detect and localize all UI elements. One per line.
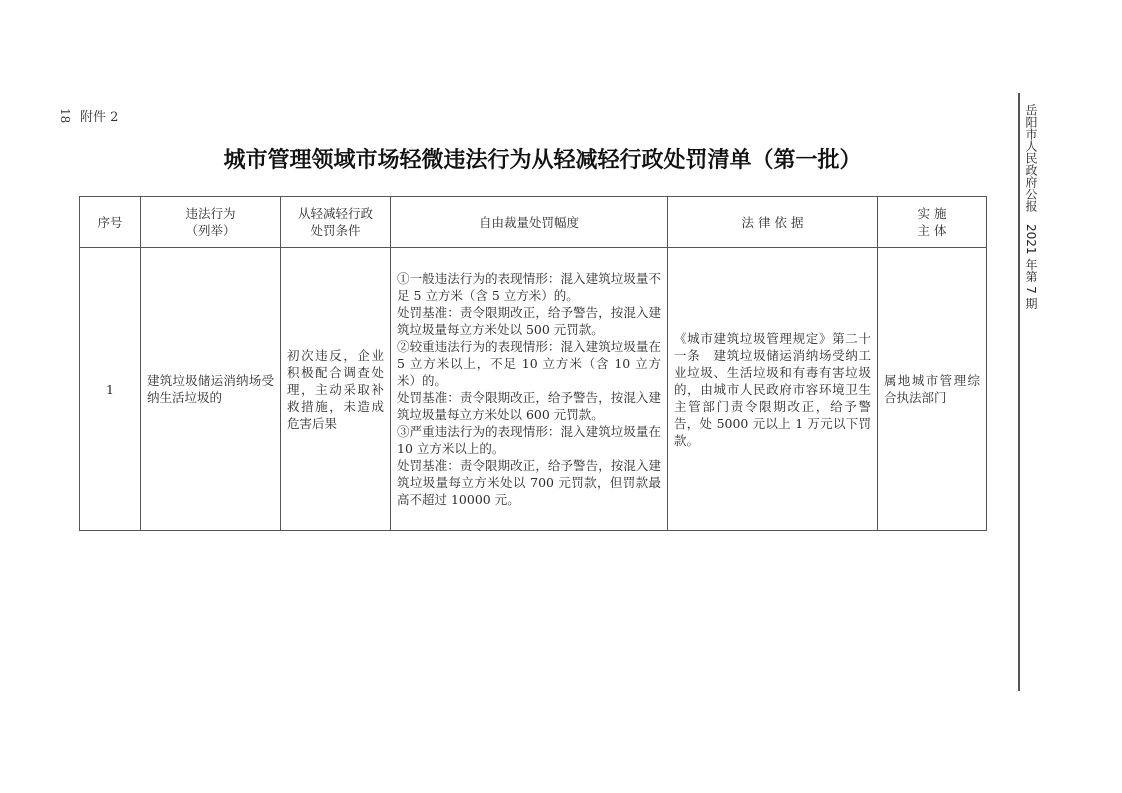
column-header-legal-basis: 法 律 依 据 xyxy=(668,197,878,248)
cell-violation: 建筑垃圾储运消纳场受纳生活垃圾的 xyxy=(141,248,281,531)
page-number: 18 xyxy=(58,108,72,122)
discretion-general-case: ①一般违法行为的表现情形：混入建筑垃圾量不足 5 立方米（含 5 立方米）的。 xyxy=(397,270,661,304)
side-banner-text: 岳阳市人民政府公报 2021 年第 7 期 xyxy=(1024,104,1038,310)
penalty-table: 序号 违法行为 （列举） 从轻减轻行政 处罚条件 自由裁量处罚幅度 法 律 依 … xyxy=(79,196,987,531)
column-header-no: 序号 xyxy=(80,197,141,248)
discretion-serious-case: ②较重违法行为的表现情形：混入建筑垃圾量在 5 立方米以上，不足 10 立方米（… xyxy=(397,338,661,389)
discretion-general-penalty: 处罚基准：责令限期改正，给予警告，按混入建筑垃圾量每立方米处以 500 元罚款。 xyxy=(397,304,661,338)
cell-legal-basis: 《城市建筑垃圾管理规定》第二十一条 建筑垃圾储运消纳场受纳工业垃圾、生活垃圾和有… xyxy=(668,248,878,531)
cell-authority: 属地城市管理综合执法部门 xyxy=(878,248,987,531)
table-row: 1 建筑垃圾储运消纳场受纳生活垃圾的 初次违反，企业积极配合调查处理，主动采取补… xyxy=(80,248,987,531)
column-header-violation: 违法行为 （列举） xyxy=(141,197,281,248)
discretion-serious-penalty: 处罚基准：责令限期改正，给予警告，按混入建筑垃圾量每立方米处以 600 元罚款。 xyxy=(397,389,661,423)
column-header-authority: 实 施 主 体 xyxy=(878,197,987,248)
document-title: 城市管理领域市场轻微违法行为从轻减轻行政处罚清单（第一批） xyxy=(0,143,1085,174)
discretion-severe-penalty: 处罚基准：责令限期改正，给予警告，按混入建筑垃圾量每立方米处以 700 元罚款，… xyxy=(397,457,661,508)
attachment-label: 附件 2 xyxy=(80,106,118,125)
discretion-severe-case: ③严重违法行为的表现情形：混入建筑垃圾量在 10 立方米以上的。 xyxy=(397,423,661,457)
cell-conditions: 初次违反，企业积极配合调查处理，主动采取补救措施，未造成危害后果 xyxy=(281,248,391,531)
table-header-row: 序号 违法行为 （列举） 从轻减轻行政 处罚条件 自由裁量处罚幅度 法 律 依 … xyxy=(80,197,987,248)
side-divider-rule xyxy=(1018,93,1020,691)
cell-discretion: ①一般违法行为的表现情形：混入建筑垃圾量不足 5 立方米（含 5 立方米）的。 … xyxy=(391,248,668,531)
column-header-conditions: 从轻减轻行政 处罚条件 xyxy=(281,197,391,248)
cell-no: 1 xyxy=(80,248,141,531)
column-header-discretion: 自由裁量处罚幅度 xyxy=(391,197,668,248)
